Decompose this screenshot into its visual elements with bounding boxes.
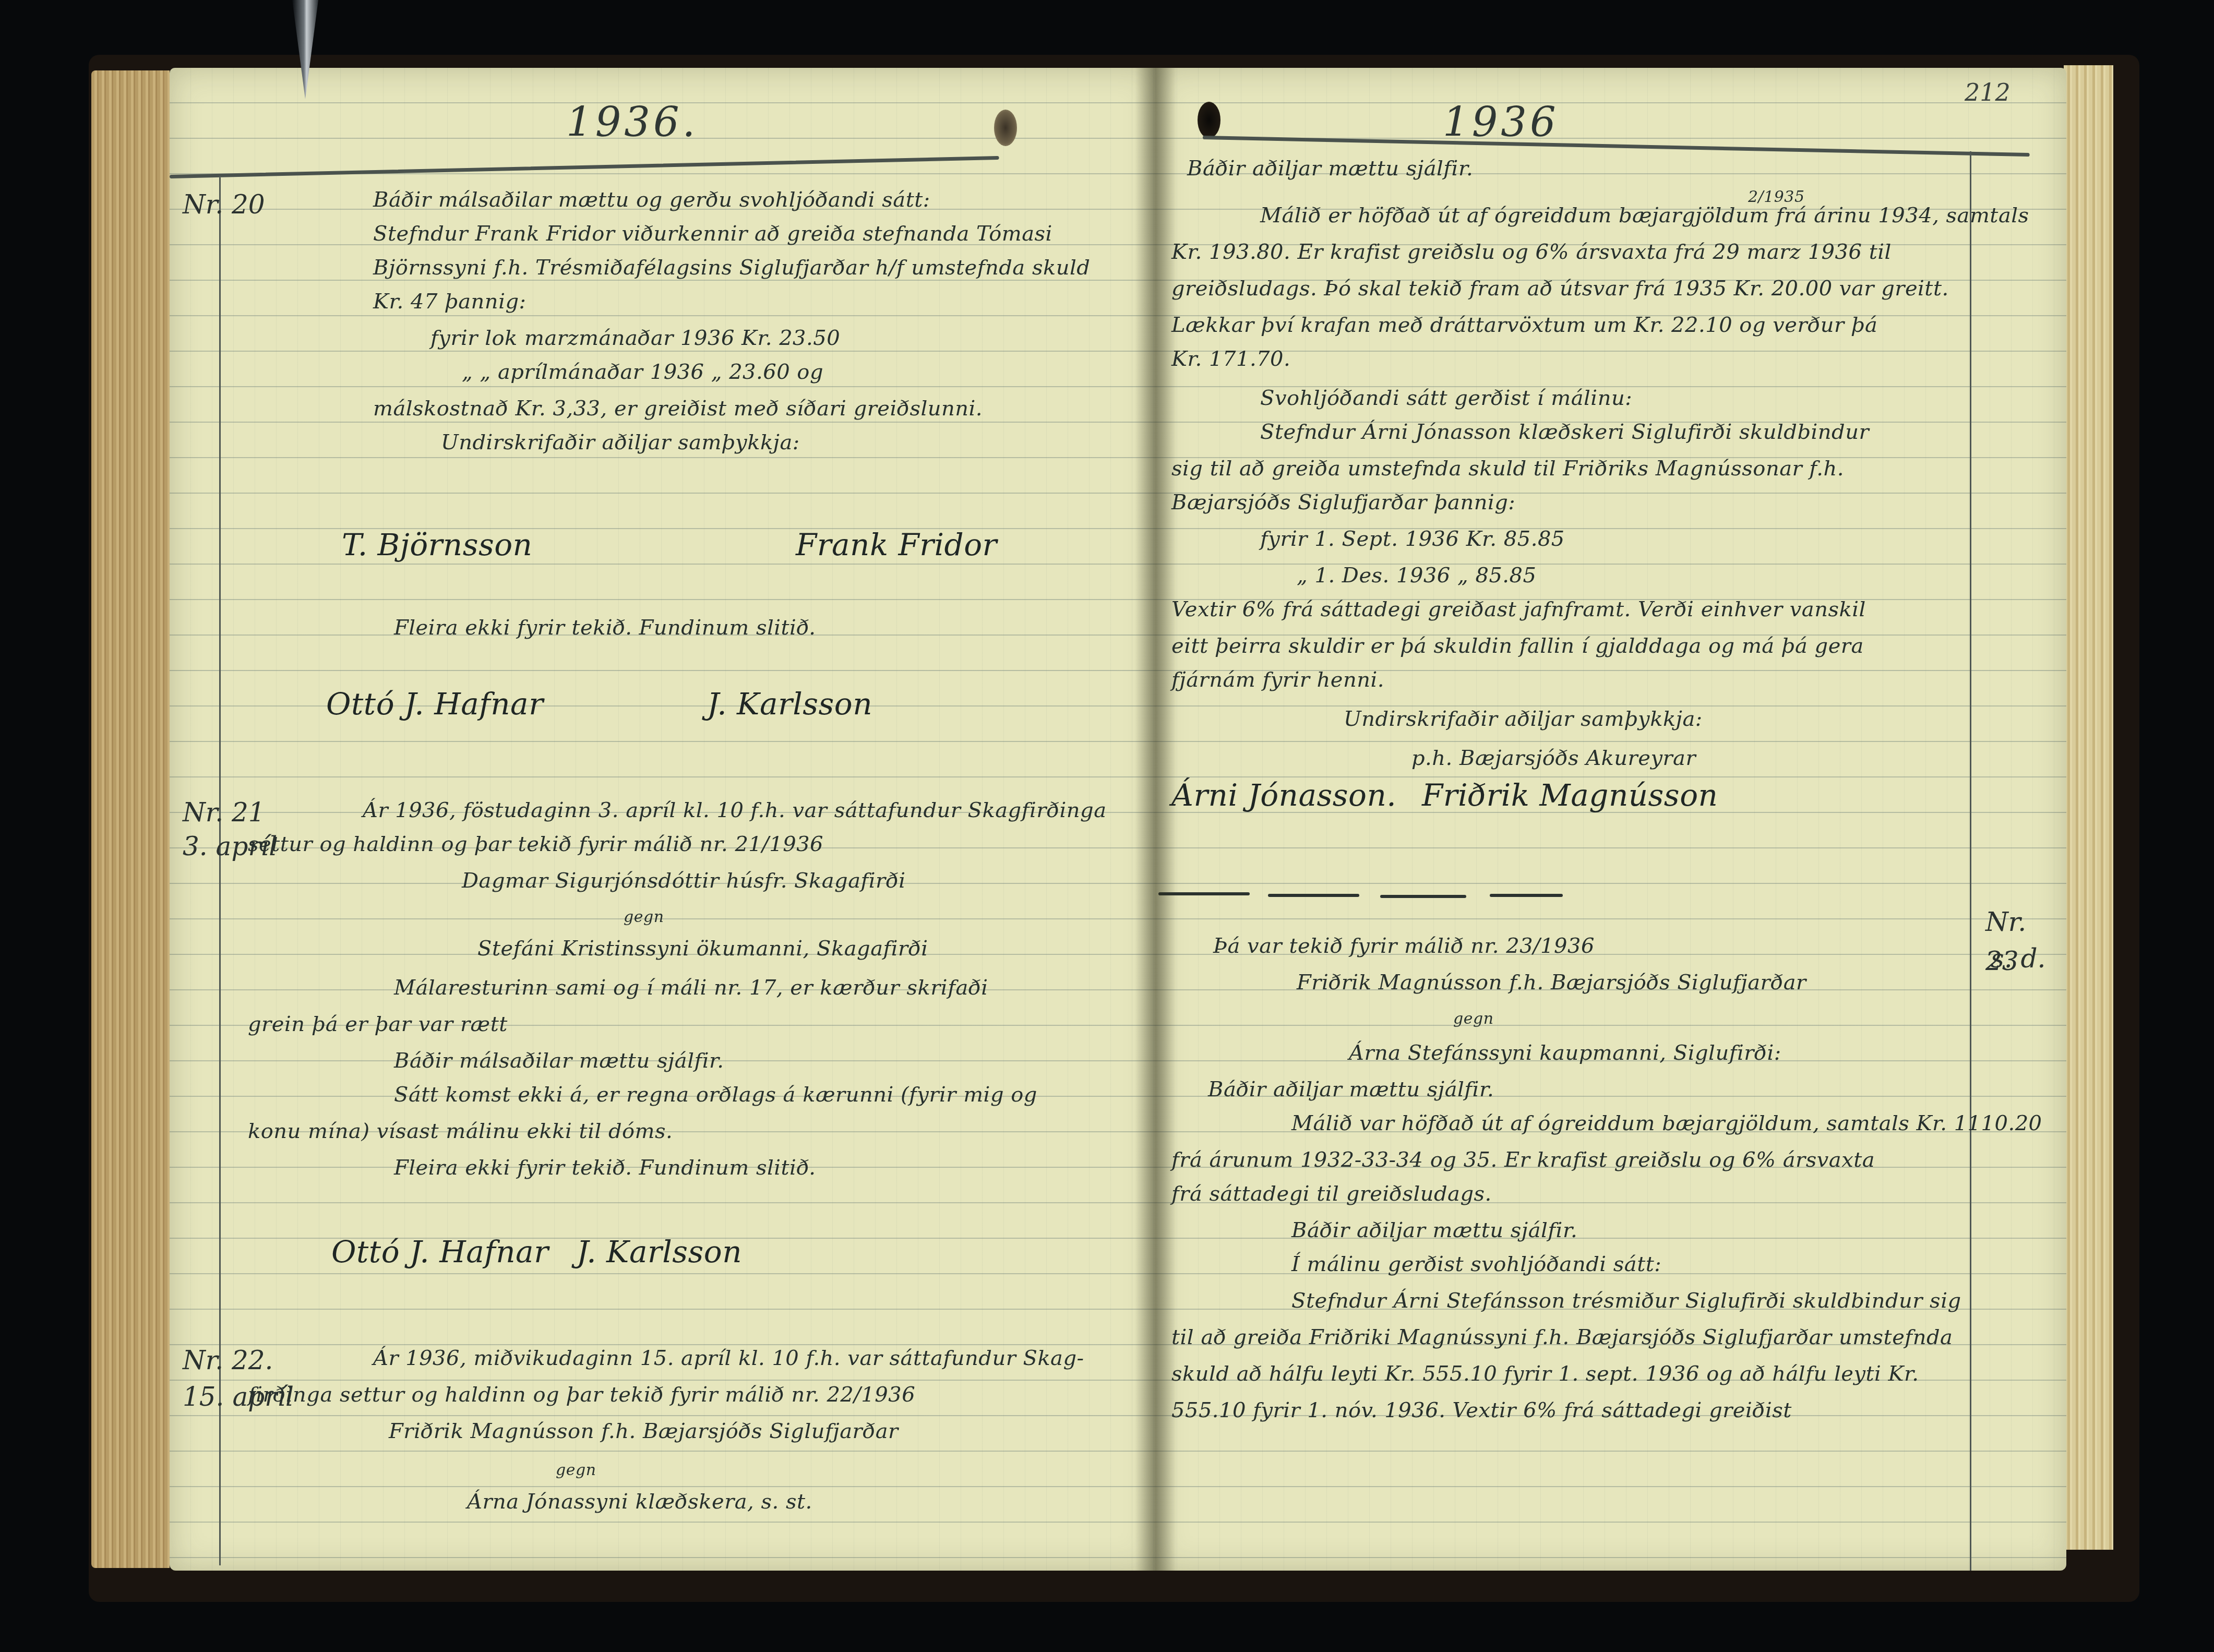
signature-caption: p.h. Bæjarsjóðs Akureyrar bbox=[1411, 746, 1696, 770]
entry-line: konu mína) vísast málinu ekki til dóms. bbox=[248, 1119, 673, 1143]
signature: Ottó J. Hafnar bbox=[326, 686, 543, 722]
divider-dash bbox=[1490, 894, 1563, 897]
entry-line: grein þá er þar var rætt bbox=[248, 1012, 508, 1036]
entry-line: Undirskrifaðir aðiljar samþykkja: bbox=[1344, 707, 1703, 731]
entry-line: Svohljóðandi sátt gerðist í málinu: bbox=[1260, 386, 1632, 410]
entry-line: Málið var höfðað út af ógreiddum bæjargj… bbox=[1291, 1111, 2042, 1135]
entry-line: Báðir málsaðilar mættu og gerðu svohljóð… bbox=[373, 188, 930, 212]
entry-line: frá árunum 1932-33-34 og 35. Er krafist … bbox=[1171, 1148, 1875, 1172]
book-gutter bbox=[1135, 68, 1177, 1571]
entry-line: Sátt komst ekki á, er regna orðlags á kæ… bbox=[394, 1083, 1037, 1107]
entry-line: Ár 1936, miðvikudaginn 15. apríl kl. 10 … bbox=[373, 1346, 1084, 1370]
entry-line: Stefndur Árni Stefánsson trésmiður Siglu… bbox=[1291, 1289, 1961, 1313]
page-number: 212 bbox=[1965, 78, 2010, 106]
entry-line: eitt þeirra skuldir er þá skuldin fallin… bbox=[1171, 634, 1864, 658]
entry-line: Kr. 47 þannig: bbox=[373, 290, 526, 314]
header-rule bbox=[170, 156, 999, 178]
entry-number: Nr. 21 bbox=[183, 793, 265, 832]
entry-line: „ 1. Des. 1936 „ 85.85 bbox=[1297, 564, 1536, 588]
entry-line: Friðrik Magnússon f.h. Bæjarsjóðs Sigluf… bbox=[389, 1419, 899, 1443]
entry-number: Nr. 22. bbox=[183, 1341, 273, 1380]
entry-line: Í málinu gerðist svohljóðandi sátt: bbox=[1291, 1252, 1661, 1276]
entry-line: Friðrik Magnússon f.h. Bæjarsjóðs Sigluf… bbox=[1297, 971, 1806, 995]
entry-line: Málið er höfðað út af ógreiddum bæjargjö… bbox=[1260, 203, 2029, 228]
entry-line: Vextir 6% frá sáttadegi greiðast jafnfra… bbox=[1171, 597, 1866, 621]
entry-line: Stefndur Frank Fridor viðurkennir að gre… bbox=[373, 222, 1052, 246]
entry-line: firðinga settur og haldinn og þar tekið … bbox=[248, 1383, 915, 1407]
signature: Frank Fridor bbox=[796, 527, 997, 562]
entry-line: Stefndur Árni Jónasson klæðskeri Siglufi… bbox=[1260, 420, 1869, 444]
entry-line: Kr. 193.80. Er krafist greiðslu og 6% ár… bbox=[1171, 240, 1892, 264]
entry-line: gegn bbox=[624, 908, 664, 926]
right-page-edges bbox=[2064, 65, 2113, 1550]
signature: J. Karlsson bbox=[707, 686, 872, 722]
left-page-edges bbox=[91, 70, 170, 1568]
right-page: 212 1936 2/1935 Báðir aðiljar mættu sjál… bbox=[1156, 68, 2066, 1571]
entry-line: settur og haldinn og þar tekið fyrir mál… bbox=[248, 832, 823, 856]
closing-line: Fleira ekki fyrir tekið. Fundinum slitið… bbox=[394, 616, 816, 640]
entry-line: Þá var tekið fyrir málið nr. 23/1936 bbox=[1213, 934, 1595, 958]
entry-line: Árna Stefánssyni kaupmanni, Siglufirði: bbox=[1349, 1041, 1781, 1065]
entry-number: Nr. 20 bbox=[183, 185, 265, 224]
entry-line: 555.10 fyrir 1. nóv. 1936. Vextir 6% frá… bbox=[1171, 1398, 1792, 1422]
signature: J. Karlsson bbox=[577, 1234, 742, 1270]
entry-line: til að greiða Friðriki Magnússyni f.h. B… bbox=[1171, 1325, 1953, 1349]
divider-dash bbox=[1380, 895, 1466, 898]
entry-line: Ár 1936, föstudaginn 3. apríl kl. 10 f.h… bbox=[363, 798, 1107, 822]
left-page: 1936. Nr. 20 Báðir málsaðilar mættu og g… bbox=[170, 68, 1156, 1571]
entry-line: fjárnám fyrir henni. bbox=[1171, 668, 1384, 692]
entry-line: Lækkar því krafan með dráttarvöxtum um K… bbox=[1171, 313, 1877, 337]
entry-line: Undirskrifaðir aðiljar samþykkja: bbox=[441, 430, 800, 454]
entry-line: Fleira ekki fyrir tekið. Fundinum slitið… bbox=[394, 1156, 816, 1180]
entry-line: fyrir lok marzmánaðar 1936 Kr. 23.50 bbox=[430, 326, 840, 350]
entry-line: Björnssyni f.h. Trésmiðafélagsins Sigluf… bbox=[373, 256, 1090, 280]
entry-line: skuld að hálfu leyti Kr. 555.10 fyrir 1.… bbox=[1171, 1362, 1919, 1386]
signature: Friðrik Magnússon bbox=[1422, 777, 1718, 813]
entry-line: frá sáttadegi til greiðsludags. bbox=[1171, 1182, 1492, 1206]
signature: Ottó J. Hafnar bbox=[331, 1234, 548, 1270]
entry-line: Málaresturinn sami og í máli nr. 17, er … bbox=[394, 976, 988, 1000]
entry-line: Árna Jónassyni klæðskera, s. st. bbox=[467, 1490, 812, 1514]
entry-line: Báðir aðiljar mættu sjálfir. bbox=[1187, 157, 1473, 181]
entry-line: „ „ aprílmánaðar 1936 „ 23.60 og bbox=[462, 360, 823, 384]
entry-line: Báðir aðiljar mættu sjálfir. bbox=[1291, 1218, 1577, 1242]
right-year-header: 1936 bbox=[1443, 99, 1559, 146]
punch-hole-icon bbox=[1198, 102, 1220, 138]
entry-line: fyrir 1. Sept. 1936 Kr. 85.85 bbox=[1260, 527, 1565, 551]
punch-hole-icon bbox=[994, 110, 1017, 146]
entry-date: s. d. bbox=[1991, 939, 2045, 978]
left-year-header: 1936. bbox=[566, 99, 698, 146]
entry-line: Báðir aðiljar mættu sjálfir. bbox=[1208, 1078, 1494, 1102]
entry-line: Stefáni Kristinssyni ökumanni, Skagafirð… bbox=[477, 937, 928, 961]
entry-line: Báðir málsaðilar mættu sjálfir. bbox=[394, 1049, 724, 1073]
entry-line: sig til að greiða umstefnda skuld til Fr… bbox=[1171, 457, 1844, 481]
margin-rule bbox=[1970, 151, 1971, 1571]
entry-line: gegn bbox=[556, 1461, 596, 1479]
entry-line: greiðsludags. Þó skal tekið fram að útsv… bbox=[1171, 277, 1949, 301]
entry-line: Kr. 171.70. bbox=[1171, 347, 1290, 371]
entry-line: Bæjarsjóðs Siglufjarðar þannig: bbox=[1171, 490, 1515, 514]
header-rule bbox=[1203, 136, 2030, 157]
entry-line: Dagmar Sigurjónsdóttir húsfr. Skagafirði bbox=[462, 869, 906, 893]
entry-line: málskostnað Kr. 3,33, er greiðist með sí… bbox=[373, 397, 983, 421]
signature: T. Björnsson bbox=[342, 527, 532, 562]
entry-line: gegn bbox=[1453, 1010, 1493, 1028]
divider-dash bbox=[1268, 894, 1359, 897]
signature: Árni Jónasson. bbox=[1171, 777, 1396, 813]
